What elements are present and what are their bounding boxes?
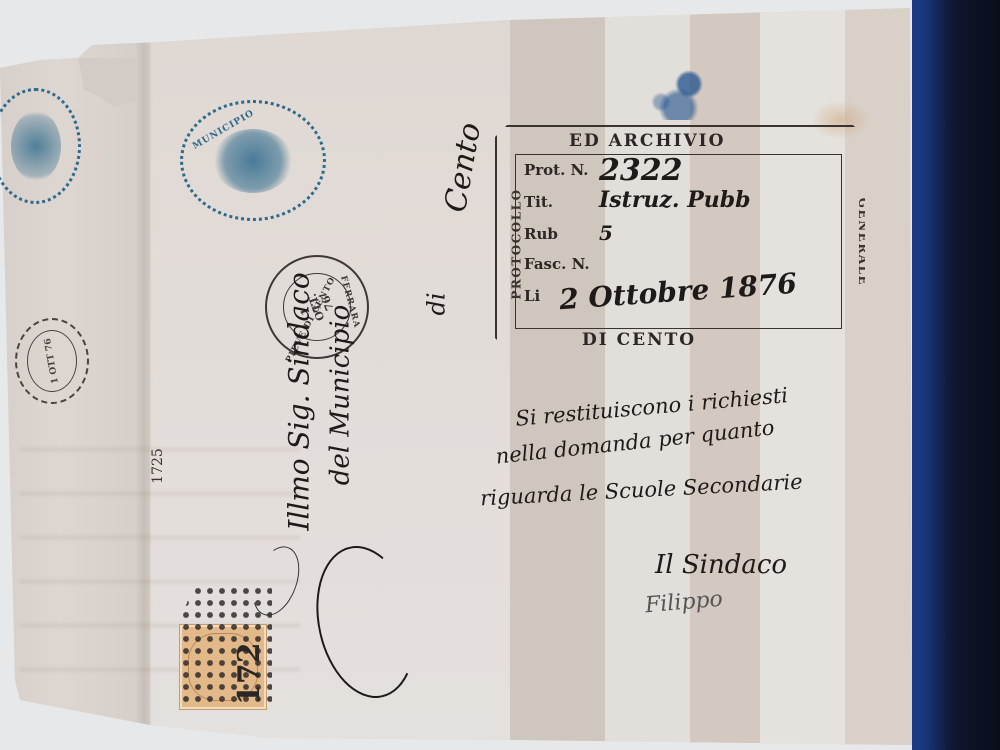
municipal-seal: MUNICIPIO: [180, 100, 326, 221]
signature-title: Il Sindaco: [655, 550, 787, 580]
postmark-year: 76: [43, 337, 55, 351]
field-label: Prot. N.: [524, 161, 589, 179]
archive-stamp-bottom: DI CENTO: [582, 330, 696, 350]
archive-stamp-fields: Prot. N. 2322 Tit. Istruz. Pubb Rub 5 Fa…: [515, 154, 842, 329]
field-value: 2322: [599, 153, 683, 188]
cento-arrival-postmark: 1 OTT 76: [15, 318, 89, 404]
field-fascicle: Fasc. N.: [524, 255, 590, 273]
field-label: Li: [524, 287, 540, 305]
photo-scene: MUNICIPIO PIEVE DI CENTO FERRARA 1 OTT. …: [0, 0, 1000, 750]
field-title: Tit. Istruz. Pubb: [524, 193, 553, 211]
blue-ink-seal-fragment: [640, 60, 710, 120]
address-line-2: del Municipio: [325, 305, 355, 486]
field-date: Li 2 Ottobre 1876: [524, 287, 540, 305]
seal-emblem-icon: [213, 129, 293, 193]
protocol-archive-stamp: ED ARCHIVIO DI CENTO PROTOCOLLO GENERALE…: [495, 125, 869, 354]
seal-emblem-icon: [11, 111, 61, 181]
field-rubric: Rub 5: [524, 225, 558, 243]
field-label: Fasc. N.: [524, 255, 590, 273]
field-value: 2 Ottobre 1876: [558, 267, 798, 317]
address-line-3: di: [423, 292, 451, 315]
field-value: 5: [599, 221, 613, 245]
blue-binder: [915, 0, 1000, 750]
letter-sheet: [0, 0, 1000, 750]
pencil-number: 1725: [150, 448, 166, 484]
field-label: Rub: [524, 225, 558, 243]
binder-edge: [912, 0, 920, 750]
cancel-number: 172: [232, 642, 267, 705]
field-protocol: Prot. N. 2322: [524, 161, 589, 179]
address-line-1: Illmo Sig. Sindaco: [283, 272, 316, 530]
field-value: Istruz. Pubb: [599, 187, 751, 213]
field-label: Tit.: [524, 193, 553, 211]
archive-stamp-top: ED ARCHIVIO: [569, 131, 725, 151]
